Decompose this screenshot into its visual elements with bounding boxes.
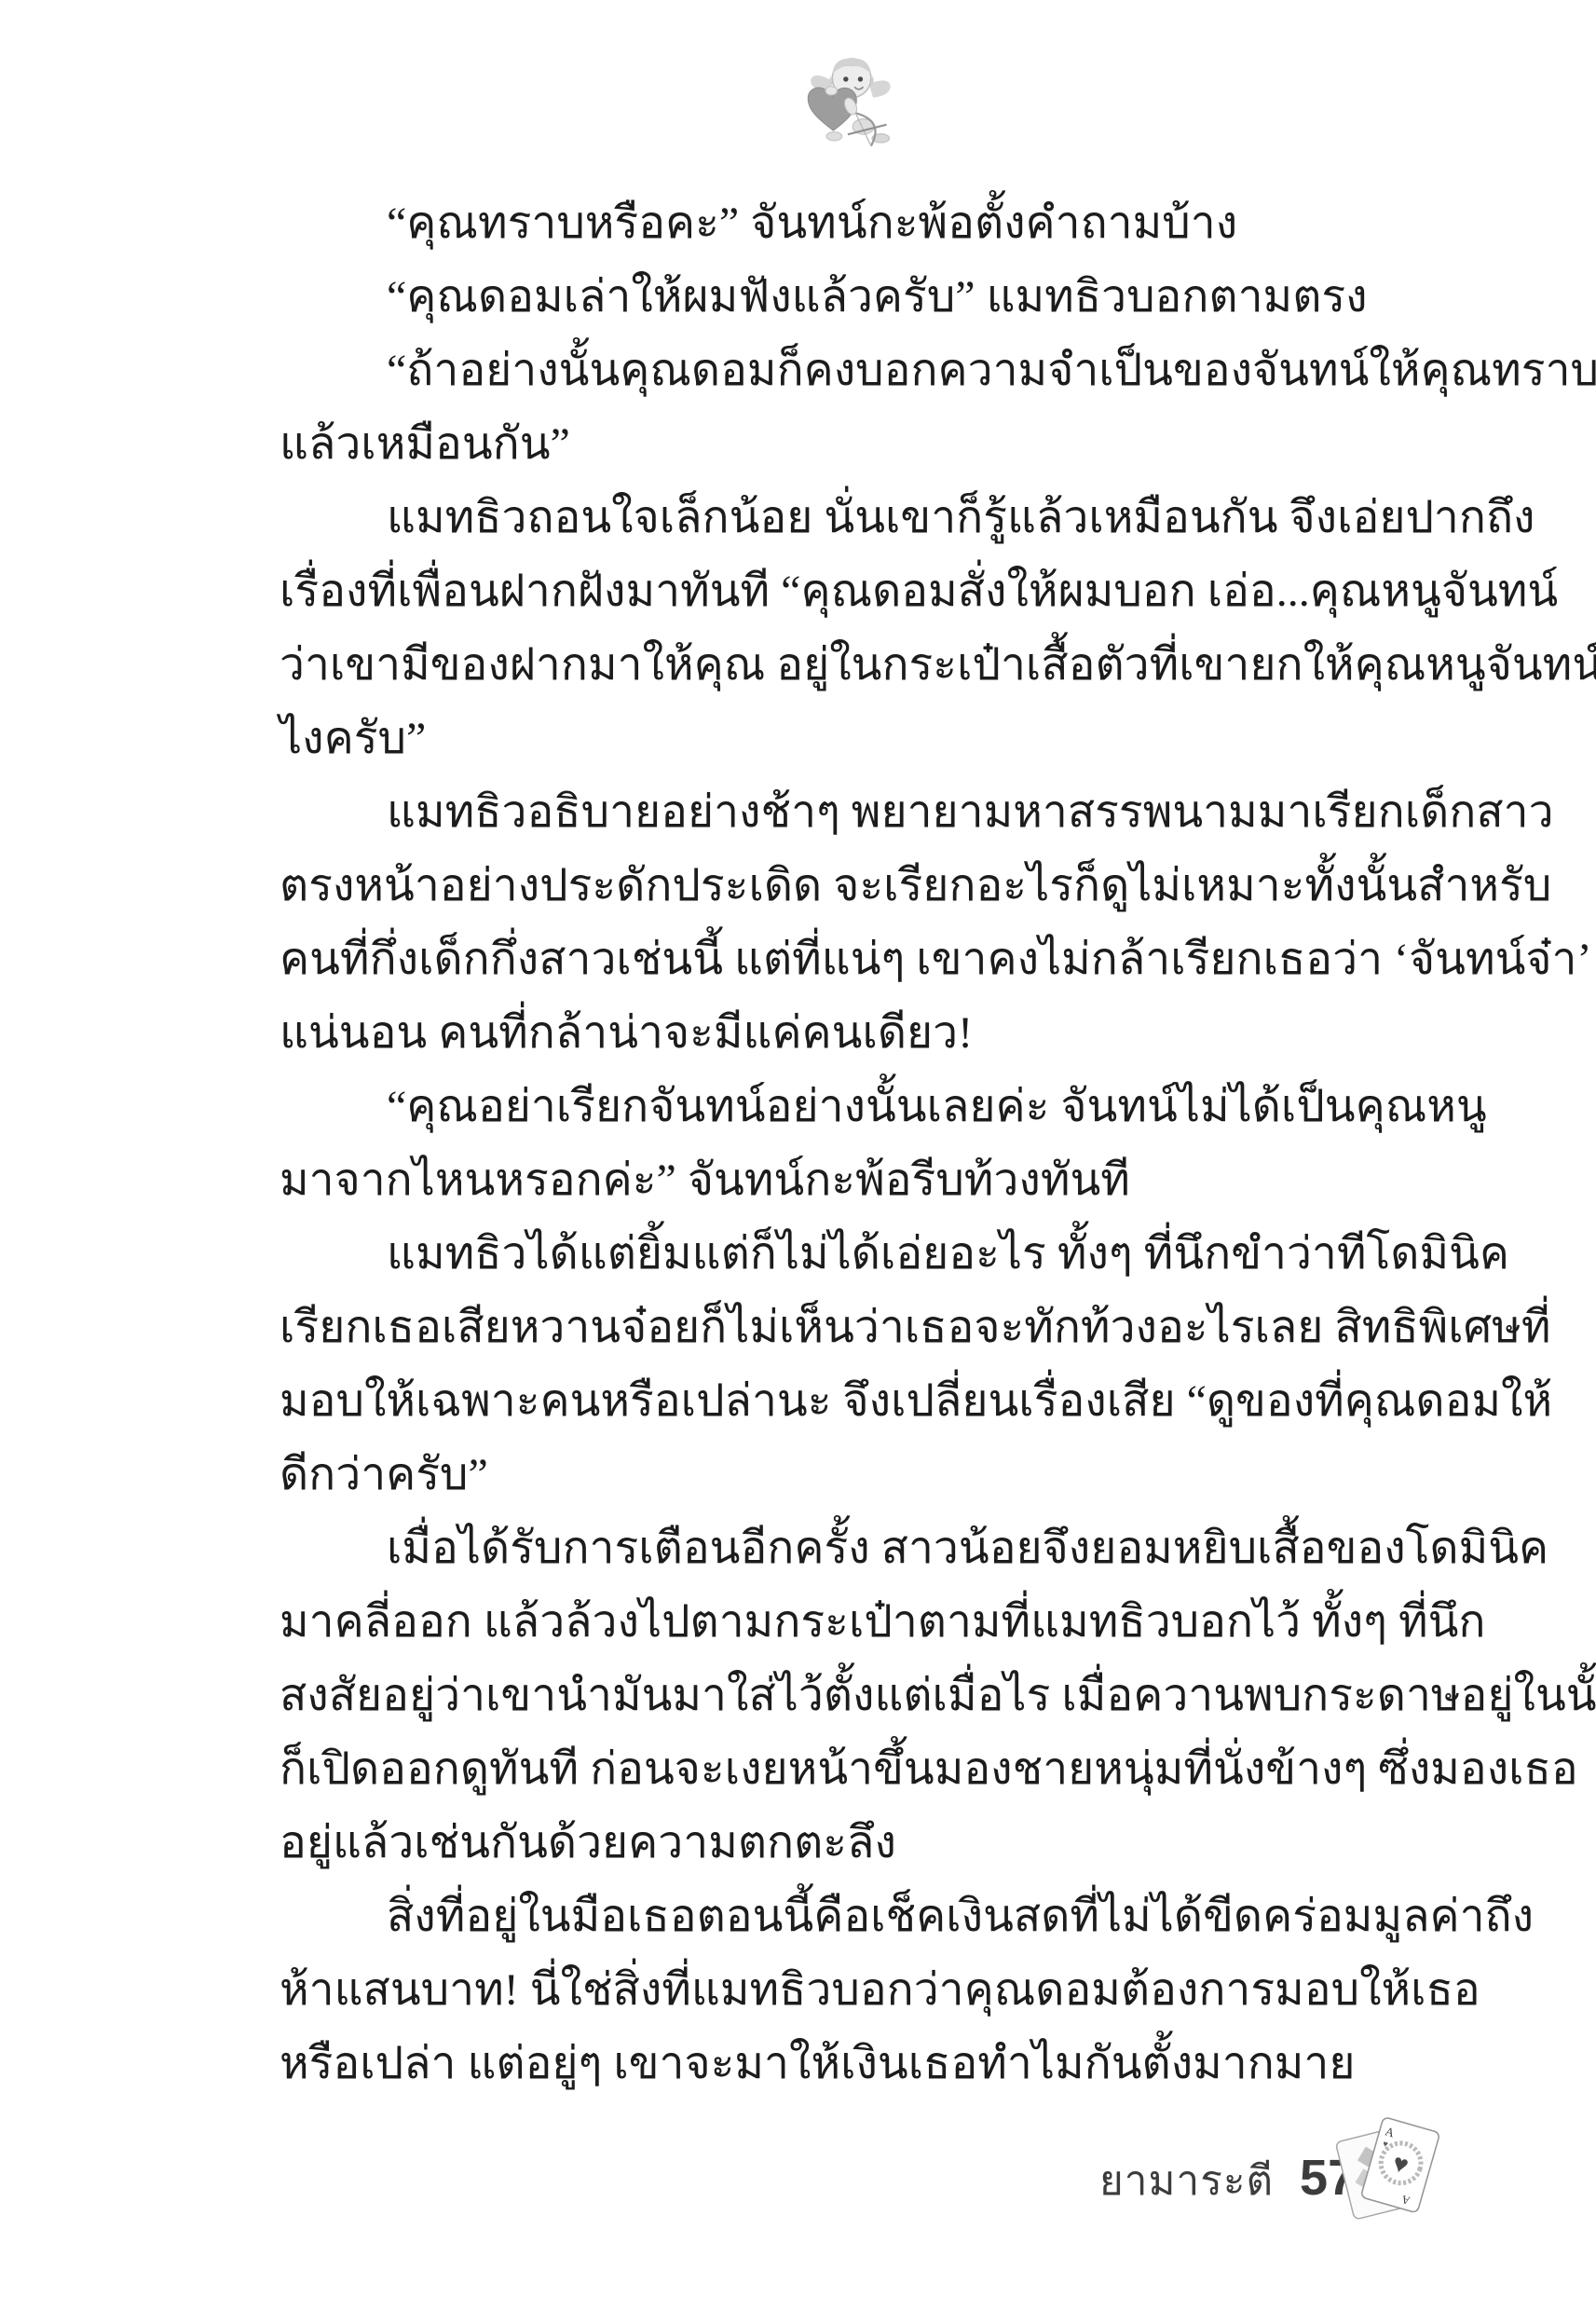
text-line: แมทธิวได้แต่ยิ้มแต่ก็ไม่ได้เอ่ยอะไร ทั้ง… [280, 1217, 1444, 1291]
text-line: ดีกว่าครับ” [280, 1438, 1444, 1511]
text-line: แมทธิวถอนใจเล็กน้อย นั่นเขาก็รู้แล้วเหมื… [280, 481, 1444, 554]
text-line: เรียกเธอเสียหวานจ๋อยก็ไม่เห็นว่าเธอจะทัก… [280, 1291, 1444, 1364]
text-line: สงสัยอยู่ว่าเขานำมันมาใส่ไว้ตั้งแต่เมื่อ… [280, 1659, 1444, 1732]
text-line: “คุณทราบหรือคะ” จันทน์กะพ้อตั้งคำถามบ้าง [280, 186, 1444, 260]
text-line: สิ่งที่อยู่ในมือเธอตอนนี้คือเช็คเงินสดที… [280, 1880, 1444, 1953]
text-line: แล้วเหมือนกัน” [280, 407, 1444, 481]
text-line: ก็เปิดออกดูทันที ก่อนจะเงยหน้าขึ้นมองชาย… [280, 1732, 1444, 1806]
text-line: ไงครับ” [280, 702, 1444, 775]
text-line: แมทธิวอธิบายอย่างช้าๆ พยายามหาสรรพนามมาเ… [280, 775, 1444, 849]
text-line: คนที่กึ่งเด็กกึ่งสาวเช่นนี้ แต่ที่แน่ๆ เ… [280, 923, 1444, 996]
book-title: ยามาระตี [1099, 2148, 1274, 2213]
text-line: ห้าแสนบาท! นี่ใช่สิ่งที่แมทธิวบอกว่าคุณด… [280, 1953, 1444, 2027]
book-page: “คุณทราบหรือคะ” จันทน์กะพ้อตั้งคำถามบ้าง… [0, 0, 1596, 2311]
text-line: มาจากไหนหรอกค่ะ” จันทน์กะพ้อรีบท้วงทันที [280, 1143, 1444, 1217]
text-line: มอบให้เฉพาะคนหรือเปล่านะ จึงเปลี่ยนเรื่อ… [280, 1364, 1444, 1438]
page-text: “คุณทราบหรือคะ” จันทน์กะพ้อตั้งคำถามบ้าง… [280, 186, 1444, 2100]
page-footer: ยามาระตี 57 [1099, 2148, 1356, 2213]
text-line: เรื่องที่เพื่อนฝากฝังมาทันที “คุณดอมสั่ง… [280, 554, 1444, 628]
text-line: อยู่แล้วเช่นกันด้วยความตกตะลึง [280, 1806, 1444, 1880]
text-line: ว่าเขามีของฝากมาให้คุณ อยู่ในกระเป๋าเสื้… [280, 628, 1444, 702]
text-line: มาคลี่ออก แล้วล้วงไปตามกระเป๋าตามที่แมทธ… [280, 1585, 1444, 1659]
text-line: แน่นอน คนที่กล้าน่าจะมีแค่คนเดียว! [280, 996, 1444, 1070]
text-line: “คุณอย่าเรียกจันทน์อย่างนั้นเลยค่ะ จันทน… [280, 1070, 1444, 1143]
text-line: “ถ้าอย่างนั้นคุณดอมก็คงบอกความจำเป็นของจ… [280, 334, 1444, 407]
text-line: หรือเปล่า แต่อยู่ๆ เขาจะมาให้เงินเธอทำไม… [280, 2027, 1444, 2100]
text-line: เมื่อได้รับการเตือนอีกครั้ง สาวน้อยจึงยอ… [280, 1511, 1444, 1585]
text-line: ตรงหน้าอย่างประดักประเดิด จะเรียกอะไรก็ด… [280, 849, 1444, 923]
cupid-holding-heart-icon [801, 52, 898, 158]
playing-cards-ace-of-hearts-icon: A ♥ ♥ A [1330, 2113, 1444, 2229]
text-line: “คุณดอมเล่าให้ผมฟังแล้วครับ” แมทธิวบอกตา… [280, 260, 1444, 334]
